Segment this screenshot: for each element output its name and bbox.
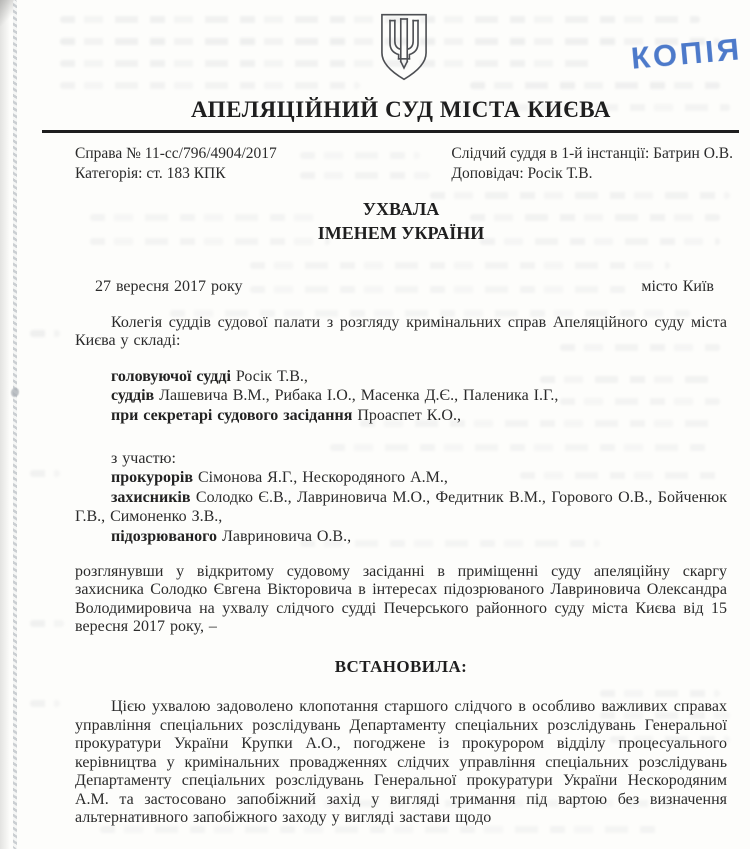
case-info-left: Справа № 11-сс/796/4904/2017 Категорія: …	[75, 144, 277, 183]
participant-role: прокурорів	[111, 469, 193, 486]
court-name: АПЕЛЯЦІЙНИЙ СУД МІСТА КИЄВА	[75, 97, 727, 123]
composition-role: суддів	[111, 387, 154, 404]
composition-role: головуючої судді	[111, 368, 231, 385]
document-title: УХВАЛА ІМЕНЕМ УКРАЇНИ	[75, 197, 727, 245]
composition-names: Проаспет К.О.,	[357, 407, 461, 424]
participant-names: Сімонова Я.Г., Нескородяного А.М.,	[198, 469, 448, 486]
case-category: Категорія: ст. 183 КПК	[75, 164, 277, 184]
title-imenem-ukrainy: ІМЕНЕМ УКРАЇНИ	[75, 221, 727, 245]
rapporteur: Доповідач: Росік Т.В.	[451, 164, 733, 184]
binding-thread	[13, 0, 17, 849]
document-page: КОПІЯ	[0, 0, 750, 849]
hearing-paragraph: розглянувши у відкритому судовому засіда…	[75, 563, 727, 637]
ukraine-trident-emblem-icon	[377, 12, 431, 82]
established-heading: ВСТАНОВИЛА:	[75, 657, 727, 677]
composition-row: при секретарі судового засідання Проаспе…	[75, 406, 727, 426]
composition-names: Росік Т.В.,	[236, 368, 308, 385]
case-info-right: Слідчий суддя в 1-й інстанції: Батрин О.…	[451, 144, 733, 183]
header-divider	[42, 130, 739, 133]
decision-date: 27 вересня 2017 року	[95, 278, 243, 297]
composition-role: при секретарі судового засідання	[111, 407, 352, 424]
participant-row: захисників Солодко Є.В., Лавриновича М.О…	[75, 488, 727, 527]
participant-row: підозрюваного Лавриновича О.В.,	[75, 527, 727, 547]
case-info: Справа № 11-сс/796/4904/2017 Категорія: …	[75, 144, 727, 183]
title-ukhvala: УХВАЛА	[75, 197, 727, 221]
composition-row: суддів Лашевича В.М., Рибака І.О., Масен…	[75, 386, 727, 406]
first-instance-judge: Слідчий суддя в 1-й інстанції: Батрин О.…	[451, 144, 733, 164]
participants-intro: з участю:	[75, 450, 727, 469]
case-number: Справа № 11-сс/796/4904/2017	[75, 144, 277, 164]
decision-city: місто Київ	[641, 278, 714, 297]
composition-row: головуючої судді Росік Т.В.,	[75, 367, 727, 387]
participant-row: прокурорів Сімонова Я.Г., Нескородяного …	[75, 468, 727, 488]
composition-names: Лашевича В.М., Рибака І.О., Масенка Д.Є.…	[159, 387, 558, 404]
scan-corner-shade	[0, 0, 14, 26]
binding-thread-knot	[11, 388, 19, 397]
participants: прокурорів Сімонова Я.Г., Нескородяного …	[75, 468, 727, 546]
participant-role: підозрюваного	[111, 528, 217, 545]
panel-composition: головуючої судді Росік Т.В., суддів Лаше…	[75, 367, 727, 426]
scan-edge-shade	[0, 0, 10, 849]
participant-names: Лавриновича О.В.,	[222, 528, 351, 545]
date-row: 27 вересня 2017 року місто Київ	[75, 278, 727, 297]
emblem-wrap	[75, 0, 727, 84]
body-paragraph: Цією ухвалою задоволено клопотання старш…	[75, 698, 727, 828]
panel-intro: Колегія суддів судової палати з розгляду…	[75, 314, 727, 351]
participant-role: захисників	[111, 489, 191, 506]
